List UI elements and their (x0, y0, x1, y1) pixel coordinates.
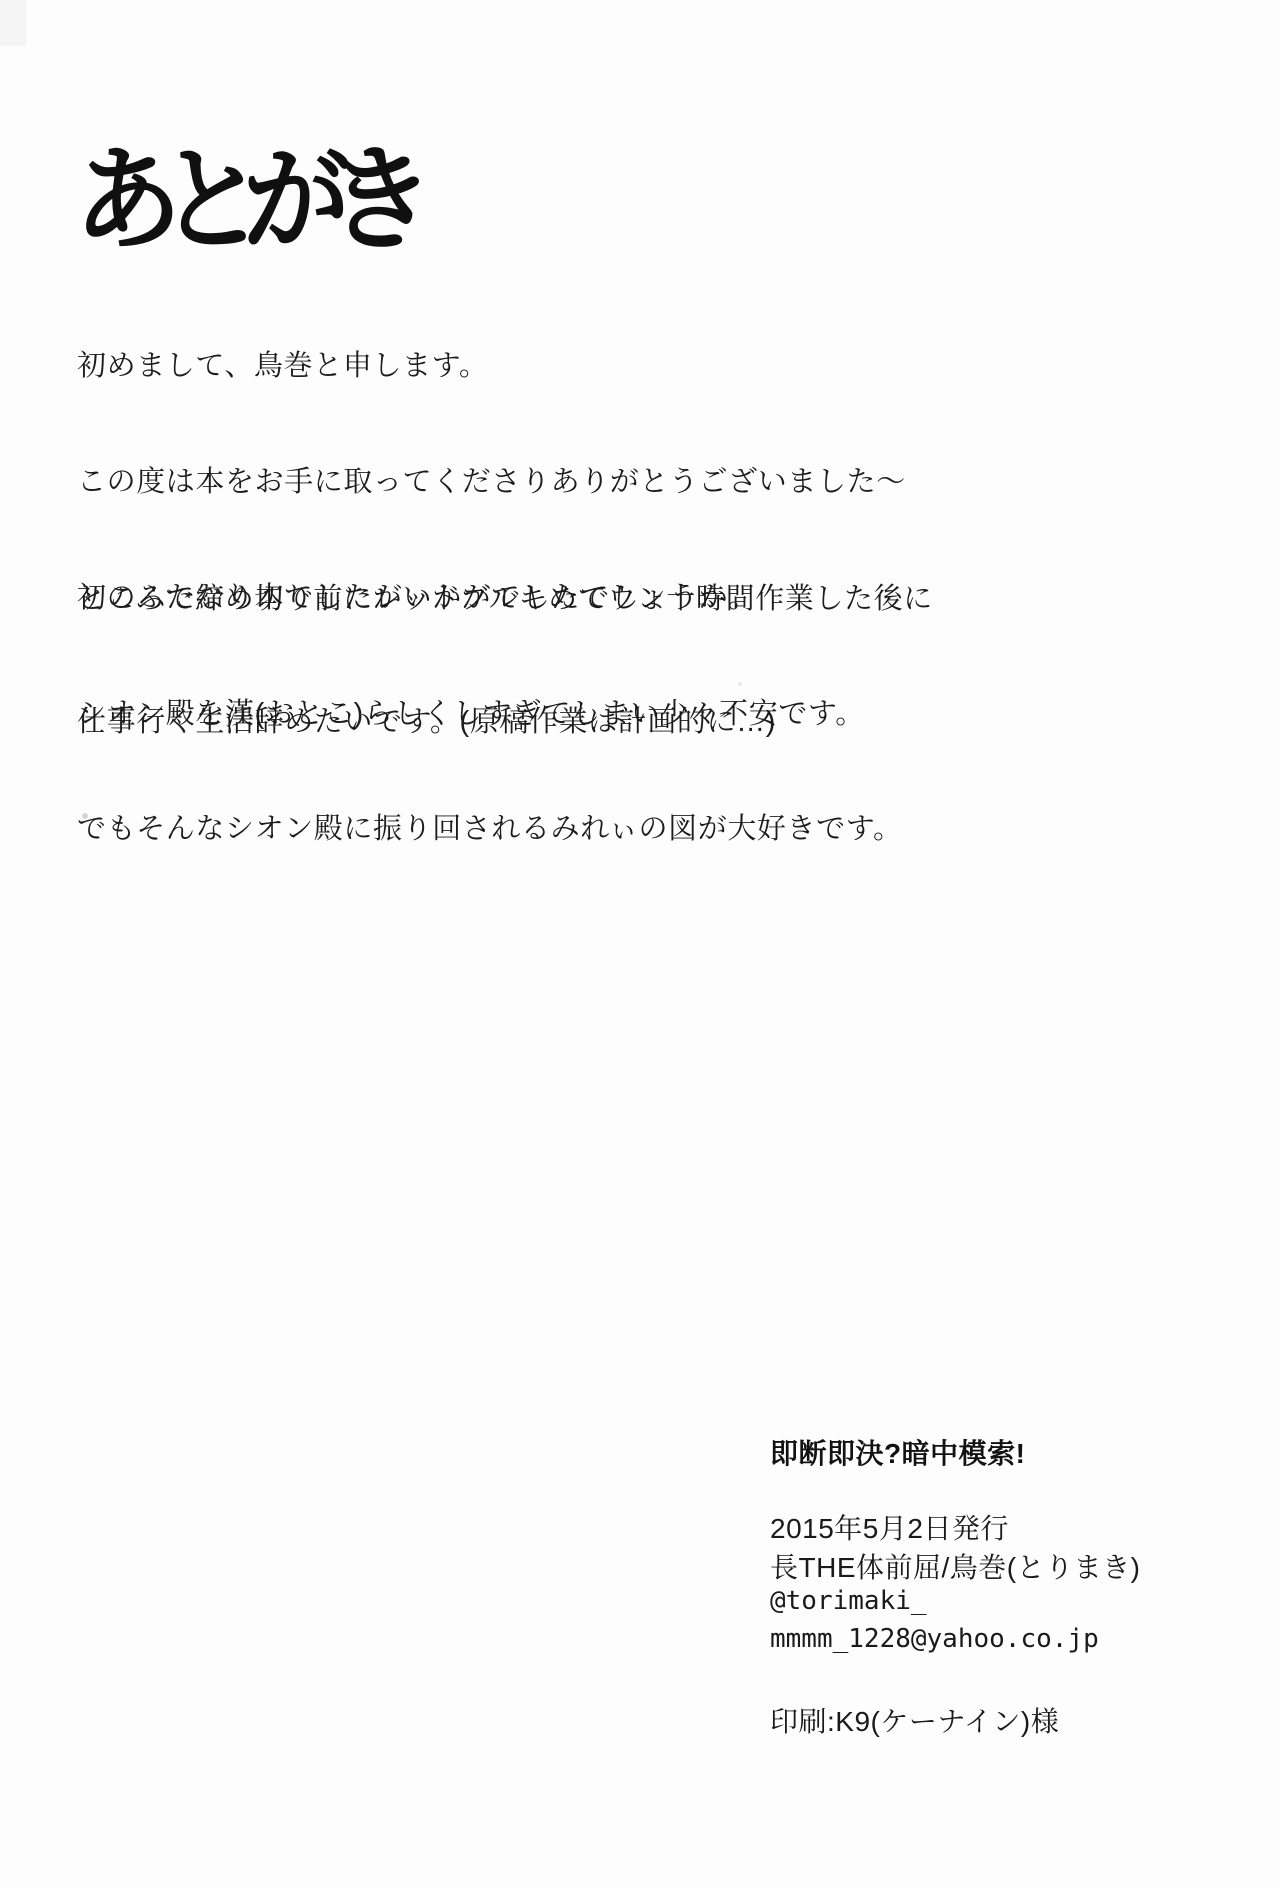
scan-corner-shade (0, 0, 26, 46)
publish-date: 2015年5月2日発行 (770, 1507, 1009, 1547)
page-title: あとがき (74, 140, 411, 260)
text-line: この度は本をお手に取ってくださりありがとうございました〜 (77, 463, 906, 502)
scan-speck (738, 682, 742, 686)
twitter-handle: @torimaki_ (770, 1586, 927, 1616)
text-line: 初めまして、鳥巻と申します。 (77, 347, 906, 386)
text-line: 仕事行く生活辞めたいです。(原稿作業は計画的に…) (77, 702, 933, 743)
text-line: ところで締め切り前にレッドブルキめてウン十時間作業した後に (77, 579, 933, 620)
scan-speck (82, 813, 88, 819)
afterword-page: あとがき 初めまして、鳥巻と申します。 この度は本をお手に取ってくださりありがと… (0, 0, 1280, 1888)
book-title: 即断即決?暗中模索! (770, 1432, 1025, 1472)
postscript-paragraph: ところで締め切り前にレッドブルキめてウン十時間作業した後に 仕事行く生活辞めたい… (77, 497, 933, 825)
printer-credit: 印刷:K9(ケーナイン)様 (770, 1700, 1059, 1740)
circle-author-name: 長THE体前屈/鳥巻(とりまき) (770, 1546, 1140, 1586)
email-address: mmmm_1228@yahoo.co.jp (770, 1624, 1099, 1654)
